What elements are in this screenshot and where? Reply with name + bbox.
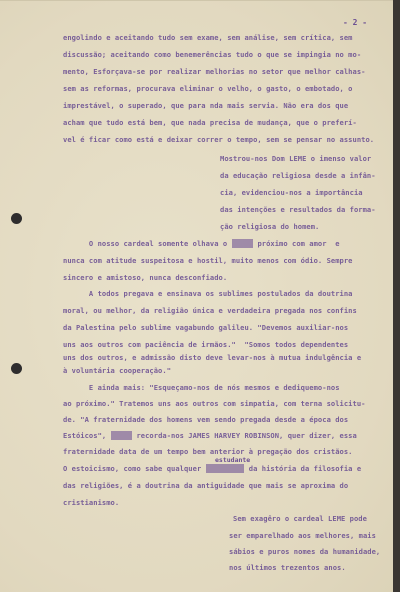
text-line: nunca com atitude suspeitosa e hostil, m… [63, 256, 353, 265]
text-line: A todos pregava e ensinava os sublimes p… [63, 289, 353, 298]
text-segment: da história da filosofia e [244, 464, 361, 473]
indented-text-line: nos últimos trezentos anos. [229, 563, 346, 572]
text-line: acham que tudo está bem, que nada precis… [63, 118, 357, 127]
punch-hole [11, 363, 22, 374]
text-line: fraternidade data de um tempo bem anteri… [63, 447, 353, 456]
text-line: O nosso cardeal somente olhava o xxxxx p… [63, 239, 340, 248]
indented-text-line: da educação religiosa desde a infân- [220, 171, 376, 180]
text-segment: próximo com amor e [253, 239, 339, 248]
indented-text-line: sábios e puros nomes da humanidade, [229, 547, 380, 556]
indented-text-line: ção religiosa do homem. [220, 222, 319, 231]
struck-text: estudante [206, 464, 245, 473]
struck-text: xxxxx [111, 431, 133, 440]
text-line: engolindo e aceitando tudo sem exame, se… [63, 33, 353, 42]
text-segment: O estoicismo, como sabe qualquer [63, 464, 206, 473]
text-line: E ainda mais: "Esqueçamo-nos de nós mesm… [63, 383, 340, 392]
text-line: moral, ou melhor, da religião única e ve… [63, 306, 357, 315]
text-line: O estoicismo, como sabe qualquer estudan… [63, 464, 361, 473]
text-segment: O nosso cardeal somente olhava o [63, 239, 232, 248]
text-line: uns aos outros com paciência de irmãos."… [63, 340, 348, 349]
indented-text-line: Sem exagêro o cardeal LEME pode [233, 514, 367, 523]
text-line: Estóicos", xxxxx recorda-nos JAMES HARVE… [63, 431, 357, 440]
text-line: vel é ficar como está e deixar correr o … [63, 135, 374, 144]
indented-text-line: das intenções e resultados da forma- [220, 205, 376, 214]
typewritten-page: - 2 - engolindo e aceitando tudo sem exa… [0, 0, 393, 592]
text-line: à voluntária cooperação." [63, 366, 171, 375]
text-line: cristianismo. [63, 498, 119, 507]
text-segment: recorda-nos JAMES HARVEY ROBINSON, quer … [132, 431, 357, 440]
indented-text-line: Mostrou-nos Dom LEME o imenso valor [220, 154, 371, 163]
text-line: mento, Esforçava-se por realizar melhori… [63, 67, 365, 76]
text-line: sincero e amistoso, nunca desconfiado. [63, 273, 227, 282]
page-number: - 2 - [343, 18, 367, 27]
text-line: da Palestina pelo sublime vagabundo gali… [63, 323, 348, 332]
indented-text-line: cia, evidenciou-nos a importância [220, 188, 363, 197]
text-line: sem as reformas, procurava eliminar o ve… [63, 84, 353, 93]
indented-text-line: ser emparelhado aos melhores, mais [229, 531, 376, 540]
text-line: imprestável, o superado, que para nda ma… [63, 101, 348, 110]
punch-hole [11, 213, 22, 224]
text-line: das religiões, é a doutrina da antiguida… [63, 481, 348, 490]
text-line: de. "A fraternidade dos homens vem sendo… [63, 415, 348, 424]
text-line: discussão; aceitando como benemerências … [63, 50, 361, 59]
struck-text: xxxxx [232, 239, 254, 248]
text-segment: Estóicos", [63, 431, 111, 440]
text-line: ao próximo." Tratemos uns aos outros com… [63, 399, 365, 408]
handwritten-insertion: estudante [215, 456, 250, 464]
text-line: uns dos outros, e admissão disto deve le… [63, 353, 361, 362]
